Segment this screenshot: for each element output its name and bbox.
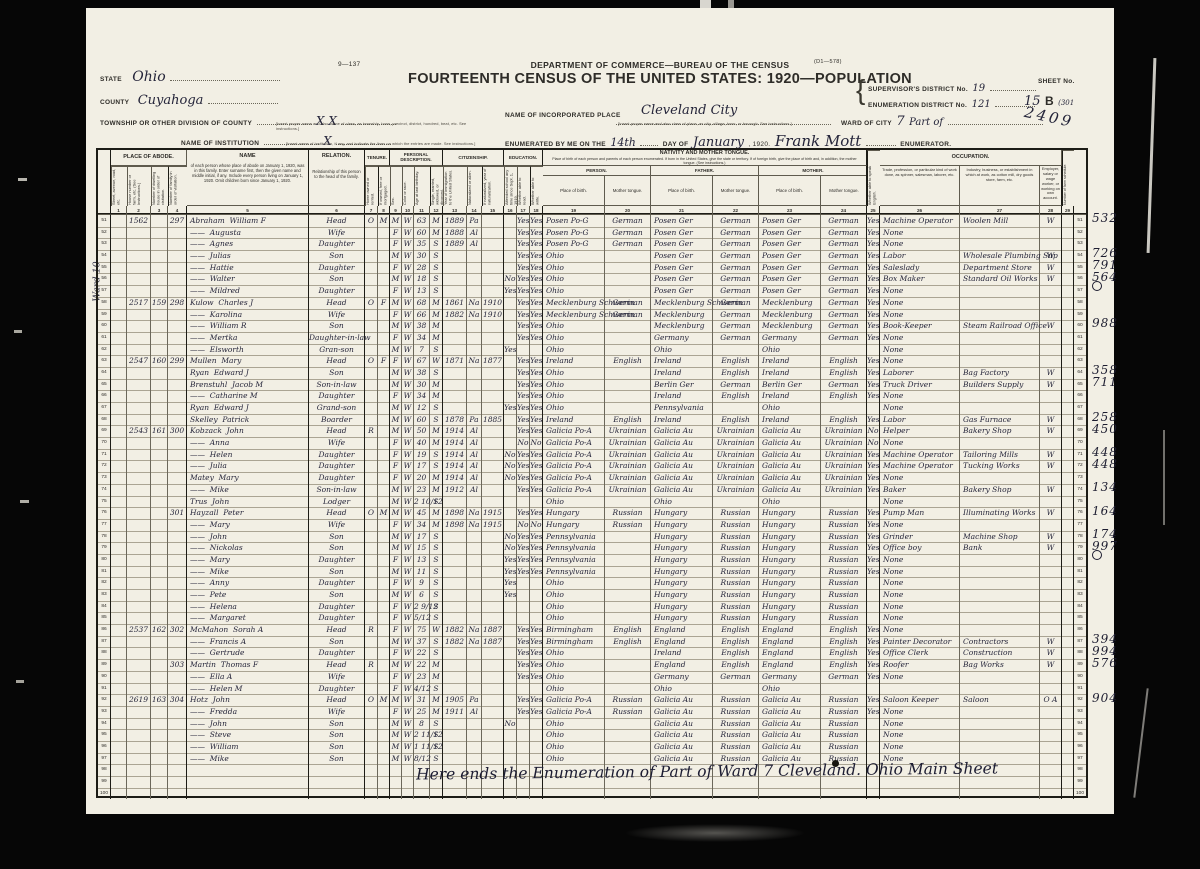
table-row: 55—— HattieDaughterFW28SYesYesOhioPosen …	[98, 262, 1086, 274]
relation-description: Relationship of this person to the head …	[309, 168, 364, 180]
margin-number: 711	[1092, 375, 1118, 389]
ward-extra: Part of	[909, 117, 943, 128]
table-row: 89303Martin Thomas FHeadRMW22MYesYesOhio…	[98, 659, 1086, 671]
table-row: 60—— William RSonMW38MYesYesOhioMecklenb…	[98, 320, 1086, 332]
header-col-employer: Employer, salary or wage worker, or work…	[1040, 166, 1062, 206]
table-row: 80—— MaryDaughterFW13SYesYesYesPennsylva…	[98, 554, 1086, 566]
table-row: 76301Hayzall PeterHeadOMMW45M1898Na1915Y…	[98, 507, 1086, 519]
ward-label: WARD OF CITY	[841, 120, 892, 127]
header-group-nativity: NATIVITY AND MOTHER TONGUE. Place of bir…	[543, 150, 867, 166]
ink-blot	[832, 760, 839, 767]
header-col-number: 24	[821, 206, 867, 215]
line-number: 100	[98, 788, 111, 800]
table-row: 78—— JohnSonMW17SNoYesYesPennsylvaniaHun…	[98, 531, 1086, 543]
header-col-number: 27	[960, 206, 1040, 215]
enumerator-label: ENUMERATOR.	[900, 141, 951, 148]
table-cell	[365, 788, 378, 800]
table-cell	[402, 788, 414, 800]
enumeration-value: 121	[972, 99, 991, 110]
header-col-family: Number of family in order of visitation.	[168, 166, 187, 206]
nativity-note: Place of birth of each person and parent…	[543, 157, 866, 166]
header-col-number: 20	[605, 206, 651, 215]
header-sub-person: PERSON.	[543, 166, 651, 176]
census-sheet: 9—137 DEPARTMENT OF COMMERCE—BUREAU OF T…	[86, 8, 1114, 814]
table-row: 73Matey MaryDaughterFW20M1914AlNoYesYesG…	[98, 472, 1086, 484]
table-cell	[467, 788, 482, 800]
table-row: 56—— WalterSonMW18SNoYesYesOhioPosen Ger…	[98, 273, 1086, 285]
header-col-number: 28	[1040, 206, 1062, 215]
table-row: 511562297Abraham William FHeadOMMW63M188…	[98, 215, 1086, 227]
header-col-mortgage: If owned, free or mortgaged.	[378, 166, 390, 206]
table-cell	[543, 788, 605, 800]
day-of-label: DAY OF	[663, 141, 689, 148]
header-col-number: 8	[378, 206, 390, 215]
header-sub-mother: MOTHER.	[759, 166, 867, 176]
table-cell	[1062, 788, 1074, 800]
header-nativity-subgrid: PERSON. FATHER. MOTHER. Place of birth. …	[543, 166, 867, 206]
table-cell	[1040, 788, 1062, 800]
table-row: 66—— Catharine MDaughterFW34MYesYesOhioI…	[98, 390, 1086, 402]
header-sub-father: FATHER.	[651, 166, 759, 176]
header-col-number: 14	[467, 206, 482, 215]
film-artifact	[1163, 430, 1165, 525]
table-row: 75Trus JohnLodgerMW2 10/12SOhioOhioOhioN…	[98, 496, 1086, 508]
table-cell	[880, 788, 960, 800]
header-col-number: 16	[504, 206, 517, 215]
table-cell	[111, 788, 127, 800]
enumeration-district-row: ENUMERATION DISTRICT No. 121	[868, 94, 1035, 112]
header-col-immigration: Year of immigration to the United States…	[443, 166, 467, 206]
table-row: 72—— JuliaDaughterFW17S1914AlNoYesYesGal…	[98, 460, 1086, 472]
margin-numbers: 532726791564O988358711258450448448134164…	[1090, 213, 1116, 799]
header-col-street: Street, avenue, road, etc.	[111, 166, 127, 206]
form-number: 9—137	[338, 61, 360, 68]
header-col-number: 23	[759, 206, 821, 215]
table-row: 79—— NickolasSonMW15SNoYesYesPennsylvani…	[98, 542, 1086, 554]
header-col-number: 2	[127, 206, 151, 215]
film-artifact	[1147, 58, 1157, 253]
scanned-census-page: { "form": { "form_number": "9—137", "doc…	[0, 0, 1200, 869]
header-group-tenure: TENURE.	[365, 150, 390, 166]
state-label: STATE	[100, 76, 122, 83]
table-cell	[867, 788, 880, 800]
table-cell	[443, 788, 467, 800]
department-line: DEPARTMENT OF COMMERCE—BUREAU OF THE CEN…	[460, 60, 860, 70]
leader-line	[170, 72, 280, 81]
supervisor-value: 19	[972, 83, 985, 94]
table-cell	[187, 788, 309, 800]
leader-line	[990, 82, 1036, 91]
header-col-english: Whether able to speak English.	[867, 150, 880, 206]
enumerated-year: , 1920.	[748, 141, 770, 148]
table-row: 74—— MikeSon-in-lawMW23M1912AlYesYesGali…	[98, 484, 1086, 496]
document-code: (D1—578)	[814, 59, 842, 65]
table-row: 61—— MertkaDaughter-in-lawFW34MYesYesOhi…	[98, 332, 1086, 344]
state-value: Ohio	[132, 69, 165, 85]
table-cell	[530, 788, 543, 800]
header-col-number: 4	[168, 206, 187, 215]
table-row: 100100	[98, 788, 1086, 800]
place-note: [Insert proper name and also class of pl…	[618, 121, 828, 126]
margin-number: 904	[1092, 691, 1118, 705]
name-description: of each person whose place of abode on J…	[187, 162, 308, 184]
margin-number: 532	[1092, 211, 1118, 225]
table-row: 83—— PeteSonMW6SYesOhioHungaryRussianHun…	[98, 589, 1086, 601]
table-row: 53—— AgnesDaughterFW35S1889AlYesYesPosen…	[98, 238, 1086, 250]
header-col-marital: Single, married, widowed, or divorced.	[430, 166, 443, 206]
header-col-number: 19	[543, 206, 605, 215]
header-col-number: 9	[390, 206, 402, 215]
header-col-number: 6	[309, 206, 365, 215]
header-col-house-number: House number or farm, etc. (See Instruct…	[127, 166, 151, 206]
relation-title: RELATION.	[309, 150, 364, 162]
county-row: COUNTY Cuyahoga	[100, 91, 278, 109]
name-title: NAME	[187, 150, 308, 162]
header-col-number: 3	[151, 206, 168, 215]
header-group-relation: RELATION. Relationship of this person to…	[309, 150, 365, 206]
table-cell	[127, 788, 151, 800]
header-col-write: Whether able to write.	[530, 166, 543, 206]
table-row: 95—— SteveSonMW2 11/12SOhioGalicia AuRus…	[98, 729, 1086, 741]
header-col-number: 17	[517, 206, 530, 215]
table-row: 59—— KarolinaWifeFW66M1882Na1910YesYesMe…	[98, 309, 1086, 321]
table-row: 57—— MildredDaughterFW13SYesYesYesOhioPo…	[98, 285, 1086, 297]
margin-number: 450	[1092, 422, 1118, 436]
table-body: 511562297Abraham William FHeadOMMW63M188…	[98, 215, 1086, 799]
table-row: 88—— GertrudeDaughterFW22SYesYesOhioIrel…	[98, 647, 1086, 659]
header-col-number: 12	[430, 206, 443, 215]
table-cell	[821, 788, 867, 800]
enumerated-label: ENUMERATED BY ME ON THE	[505, 141, 606, 148]
census-table: PLACE OF ABODE. Street, avenue, road, et…	[96, 148, 1088, 798]
table-cell	[713, 788, 759, 800]
sheet-label: SHEET No.	[1038, 78, 1075, 85]
header-group-education: EDUCATION.	[504, 150, 543, 166]
leader-line	[208, 95, 278, 104]
table-row: 94—— JohnSonMW8SNoOhioGalicia AuRussianG…	[98, 718, 1086, 730]
header-col-school: Attended school any time since Sept. 1, …	[504, 166, 517, 206]
margin-number: O	[1092, 281, 1102, 291]
header-group-name: NAME of each person whose place of abode…	[187, 150, 309, 206]
table-row: 87—— Francis ASonMW37S1882Na1887YesYesBi…	[98, 636, 1086, 648]
supervisor-label: SUPERVISOR'S DISTRICT No.	[868, 86, 968, 93]
table-row: 70—— AnnaWifeFW40M1914AlNoNoGalicia Po-A…	[98, 437, 1086, 449]
header-col-sex: Sex.	[390, 166, 402, 206]
margin-number: 988	[1092, 316, 1118, 330]
table-row: 922619163304Hotz JohnHeadOMMW31M1905PaYe…	[98, 694, 1086, 706]
table-row: 65Brenstuhl Jacob MSon-in-lawMW30MYesYes…	[98, 379, 1086, 391]
table-cell	[960, 788, 1040, 800]
header-col-dwelling: Number of dwelling house in order of vis…	[151, 166, 168, 206]
film-artifact	[14, 330, 22, 333]
header-col-number: 11	[414, 206, 430, 215]
table-cell	[151, 788, 168, 800]
header-col-number: 10	[402, 206, 414, 215]
header-col-read: Whether able to read.	[517, 166, 530, 206]
table-row: 632547160299Mullen MaryHeadOFFW67W1871Na…	[98, 355, 1086, 367]
institution-label: NAME OF INSTITUTION	[181, 140, 259, 147]
table-row: 582517159298Kulow Charles JHeadOFMW68M18…	[98, 297, 1086, 309]
ward-value: 7	[896, 114, 904, 129]
table-row: 77—— MaryWifeFW34M1898Na1915NoNoHungaryR…	[98, 519, 1086, 531]
header-father-pob: Place of birth.	[651, 176, 713, 206]
leader-line	[866, 137, 896, 146]
table-cell	[414, 788, 430, 800]
table-row: 54—— JuliasSonMW30SYesYesOhioPosen GerGe…	[98, 250, 1086, 262]
leader-line	[640, 137, 658, 146]
township-note: [Insert proper name and also name of cla…	[276, 121, 486, 131]
district-brace: {	[856, 74, 865, 106]
table-row: 692543161300Kobzack JohnHeadRMW50M1914Al…	[98, 425, 1086, 437]
header-col-number: 13	[443, 206, 467, 215]
film-artifact	[18, 178, 27, 181]
sheet-letter: B	[1045, 94, 1054, 108]
table-cell	[504, 788, 517, 800]
header-col-number: 15	[482, 206, 504, 215]
header-person-mt: Mother tongue.	[605, 176, 651, 206]
table-cell	[517, 788, 530, 800]
table-row: 91—— Helen MDaughterFW4/12SOhioOhioOhio9…	[98, 683, 1086, 695]
margin-number: O	[1092, 550, 1102, 560]
header-col-farm-schedule: Number of farm schedule.	[1062, 150, 1074, 206]
film-artifact	[16, 680, 24, 683]
header-col-number: 18	[530, 206, 543, 215]
header-col-number: 29	[1062, 206, 1074, 215]
table-cell	[390, 788, 402, 800]
header-mother-pob: Place of birth.	[759, 176, 821, 206]
table-cell	[482, 788, 504, 800]
header-person-pob: Place of birth.	[543, 176, 605, 206]
header-col-number: 7	[365, 206, 378, 215]
margin-number: 576	[1092, 656, 1118, 670]
place-label: NAME OF INCORPORATED PLACE	[505, 112, 621, 119]
table-row: 81—— MikeSonMW11SYesYesYesPennsylvaniaHu…	[98, 566, 1086, 578]
header-col-number: 25	[867, 206, 880, 215]
header-col-number: 21	[651, 206, 713, 215]
header-col-number: 5	[187, 206, 309, 215]
state-row: STATE Ohio	[100, 68, 280, 86]
table-row: 862537162302McMahon Sorah AHeadRFW75W188…	[98, 624, 1086, 636]
header-col-owned: Home owned or rented.	[365, 166, 378, 206]
header-group-occupation: OCCUPATION.	[880, 150, 1062, 166]
header-col-trade: Trade, profession, or particular kind of…	[880, 166, 960, 206]
table-cell	[168, 788, 187, 800]
header-group-abode: PLACE OF ABODE.	[111, 150, 187, 166]
sheet-extra: (301	[1058, 99, 1074, 107]
header-father-mt: Mother tongue.	[713, 176, 759, 206]
header-col-naturalized: Naturalized or alien.	[467, 166, 482, 206]
township-label: TOWNSHIP OR OTHER DIVISION OF COUNTY	[100, 120, 252, 127]
table-row: 67Ryan Edward JGrand-sonMW12SYesYesYesOh…	[98, 402, 1086, 414]
table-row: 93—— FreddaWifeFW25M1911AlYesYesGalicia …	[98, 706, 1086, 718]
film-artifact	[620, 824, 810, 842]
institution-note: [Insert name of institution, if any, and…	[286, 141, 486, 146]
header-col-naturalization-year: If naturalized, year of naturalization.	[482, 166, 504, 206]
header-group-citizenship: CITIZENSHIP.	[443, 150, 504, 166]
table-header: PLACE OF ABODE. Street, avenue, road, et…	[98, 150, 1086, 215]
county-value: Cuyahoga	[138, 93, 204, 108]
table-row: 52—— AugustaWifeFW60M1888AlYesYesPosen P…	[98, 227, 1086, 239]
film-artifact	[1133, 688, 1148, 797]
table-cell	[605, 788, 651, 800]
film-artifact	[20, 500, 29, 503]
margin-number: 134	[1092, 480, 1118, 494]
header-group-personal: PERSONAL DESCRIPTION.	[390, 150, 443, 166]
header-col-color: Color or race.	[402, 166, 414, 206]
table-cell	[759, 788, 821, 800]
enumeration-label: ENUMERATION DISTRICT No.	[868, 102, 967, 109]
nativity-title: NATIVITY AND MOTHER TONGUE.	[543, 150, 866, 157]
ward-row: WARD OF CITY 7 Part of	[841, 112, 1043, 130]
table-row: 82—— AnnyDaughterFW9SYesOhioHungaryRussi…	[98, 577, 1086, 589]
table-cell	[309, 788, 365, 800]
header-col-number: 26	[880, 206, 960, 215]
line-number-right: 100	[1074, 788, 1086, 800]
header-mother-mt: Mother tongue.	[821, 176, 867, 206]
table-row: 68Skelley PatrickBoarderMW60S1878Pa1885Y…	[98, 414, 1086, 426]
table-row: 71—— HelenDaughterFW19S1914AlNoYesYesGal…	[98, 449, 1086, 461]
table-cell	[651, 788, 713, 800]
header-col-age: Age at last birthday.	[414, 166, 430, 206]
county-label: COUNTY	[100, 99, 129, 106]
table-row: 90—— Ella AWifeFW23MYesYesOhioGermanyGer…	[98, 671, 1086, 683]
header-col-number: 22	[713, 206, 759, 215]
table-row: 96—— WilliamSonMW1 11/12SOhioGalicia AuR…	[98, 741, 1086, 753]
table-row: 84—— HelenaDaughterFW2 9/12SOhioHungaryR…	[98, 601, 1086, 613]
header-col-industry: Industry, business, or establishment in …	[960, 166, 1040, 206]
table-cell	[378, 788, 390, 800]
table-row: 85—— MargaretDaughterFW5/12SOhioHungaryR…	[98, 612, 1086, 624]
header-line-col-right	[1074, 150, 1086, 215]
table-row: 62—— ElsworthGran-sonMW7SYesOhioOhioOhio…	[98, 344, 1086, 356]
header-line-col-left	[98, 150, 111, 215]
header-col-number: 1	[111, 206, 127, 215]
table-row: 64Ryan Edward JSonMW38SYesYesOhioIreland…	[98, 367, 1086, 379]
margin-number: 448	[1092, 457, 1118, 471]
margin-number: 164	[1092, 504, 1118, 518]
table-cell	[430, 788, 443, 800]
